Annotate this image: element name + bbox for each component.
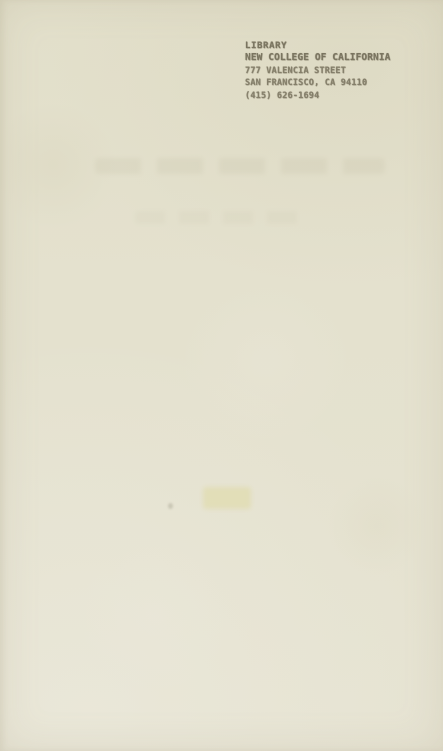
stamp-line-street: 777 VALENCIA STREET xyxy=(245,65,391,77)
paper-speck xyxy=(168,503,173,509)
show-through-smudge-upper xyxy=(95,158,385,174)
faint-yellow-mark xyxy=(203,487,251,509)
stamp-line-library: LIBRARY xyxy=(245,40,391,52)
stamp-line-institution: NEW COLLEGE OF CALIFORNIA xyxy=(245,52,391,64)
stamp-line-city: SAN FRANCISCO, CA 94110 xyxy=(245,77,391,89)
library-stamp: LIBRARY NEW COLLEGE OF CALIFORNIA 777 VA… xyxy=(245,40,391,102)
stamp-line-phone: (415) 626-1694 xyxy=(245,90,391,102)
scanned-book-page: LIBRARY NEW COLLEGE OF CALIFORNIA 777 VA… xyxy=(0,0,443,751)
show-through-smudge-lower xyxy=(135,211,310,224)
